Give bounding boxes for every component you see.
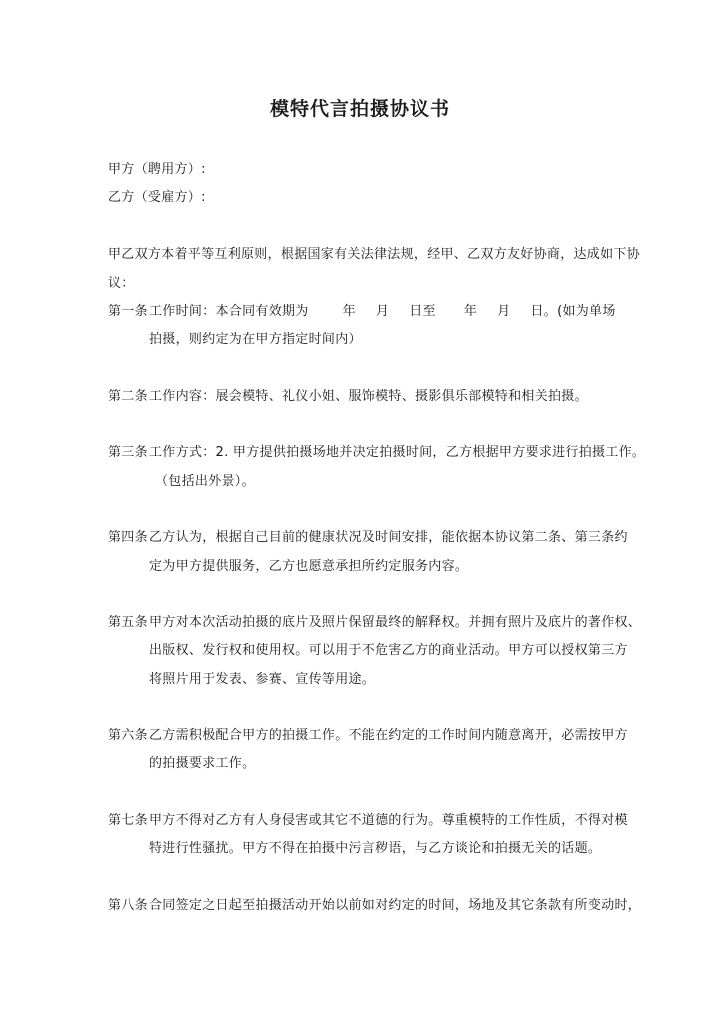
article-text: 工作方式：2. 甲方提供拍摄场地并决定拍摄时间，乙方根据甲方要求进行拍摄工作。	[149, 445, 645, 460]
party-b-field: 乙方（受雇方）:	[108, 186, 206, 205]
article-text: 甲方对本次活动拍摄的底片及照片保留最终的解释权。并拥有照片及底片的著作权、	[149, 615, 641, 630]
party-a-field: 甲方（聘用方）:	[108, 158, 206, 177]
article-4: 第四条乙方认为，根据自己目前的健康状况及时间安排，能依据本协议第二条、第三条约	[108, 526, 628, 545]
article-text: 合同签定之日起至拍摄活动开始以前如对约定的时间，场地及其它条款有所变动时，	[149, 898, 641, 913]
article-text: 出版权、发行权和使用权。可以用于不危害乙方的商业活动。甲方可以授权第三方	[149, 639, 628, 658]
article-text: 拍摄，则约定为在甲方指定时间内）	[149, 328, 362, 347]
article-label: 第六条	[108, 724, 149, 743]
article-label: 第八条	[108, 894, 149, 913]
date-month-blank: 月	[497, 304, 510, 319]
date-year-blank: 年	[343, 304, 356, 319]
article-text: 将照片用于发表、参赛、宣传等用途。	[149, 668, 375, 687]
document-title: 模特代言拍摄协议书	[0, 94, 720, 121]
article-label: 第七条	[108, 809, 149, 828]
preamble-line-2: 议：	[108, 272, 135, 291]
article-text: 乙方需积极配合甲方的拍摄工作。不能在约定的工作时间内随意离开，必需按甲方	[149, 728, 628, 743]
article-2: 第二条工作内容：展会模特、礼仪小姐、服饰模特、摄影俱乐部模特和相关拍摄。	[108, 385, 588, 404]
article-text: 工作内容：展会模特、礼仪小姐、服饰模特、摄影俱乐部模特和相关拍摄。	[149, 389, 588, 404]
article-text: （包括出外景）。	[155, 470, 255, 489]
article-3: 第三条工作方式：2. 甲方提供拍摄场地并决定拍摄时间，乙方根据甲方要求进行拍摄工…	[108, 441, 645, 460]
article-1: 第一条工作时间：本合同有效期为年月日至年月日。(如为单场	[108, 300, 616, 319]
date-month-blank: 月	[376, 304, 389, 319]
article-text: 特进行性骚扰。甲方不得在拍摄中污言秽语，与乙方谈论和拍摄无关的话题。	[149, 837, 601, 856]
preamble-line-1: 甲乙双方本着平等互利原则，根据国家有关法律法规，经甲、乙双方友好协商，达成如下协	[108, 243, 640, 262]
date-day-blank: 日至	[409, 304, 436, 319]
article-text: 乙方认为，根据自己目前的健康状况及时间安排，能依据本协议第二条、第三条约	[149, 530, 628, 545]
article-label: 第五条	[108, 611, 149, 630]
article-7: 第七条甲方不得对乙方有人身侵害或其它不道德的行为。尊重模特的工作性质，不得对模	[108, 809, 628, 828]
article-label: 第四条	[108, 526, 149, 545]
article-label: 第三条	[108, 441, 149, 460]
date-year-blank: 年	[464, 304, 477, 319]
article-text: 的拍摄要求工作。	[149, 752, 255, 771]
article-label: 第一条	[108, 300, 149, 319]
article-5: 第五条甲方对本次活动拍摄的底片及照片保留最终的解释权。并拥有照片及底片的著作权、	[108, 611, 641, 630]
date-day-blank: 日。(如为单场	[530, 304, 615, 319]
article-text: 定为甲方提供服务，乙方也愿意承担所约定服务内容。	[149, 555, 468, 574]
article-label: 第二条	[108, 385, 149, 404]
article-6: 第六条乙方需积极配合甲方的拍摄工作。不能在约定的工作时间内随意离开，必需按甲方	[108, 724, 628, 743]
article-text: 工作时间：本合同有效期为	[149, 304, 309, 319]
article-text: 甲方不得对乙方有人身侵害或其它不道德的行为。尊重模特的工作性质，不得对模	[149, 813, 628, 828]
article-8: 第八条合同签定之日起至拍摄活动开始以前如对约定的时间，场地及其它条款有所变动时，	[108, 894, 641, 913]
